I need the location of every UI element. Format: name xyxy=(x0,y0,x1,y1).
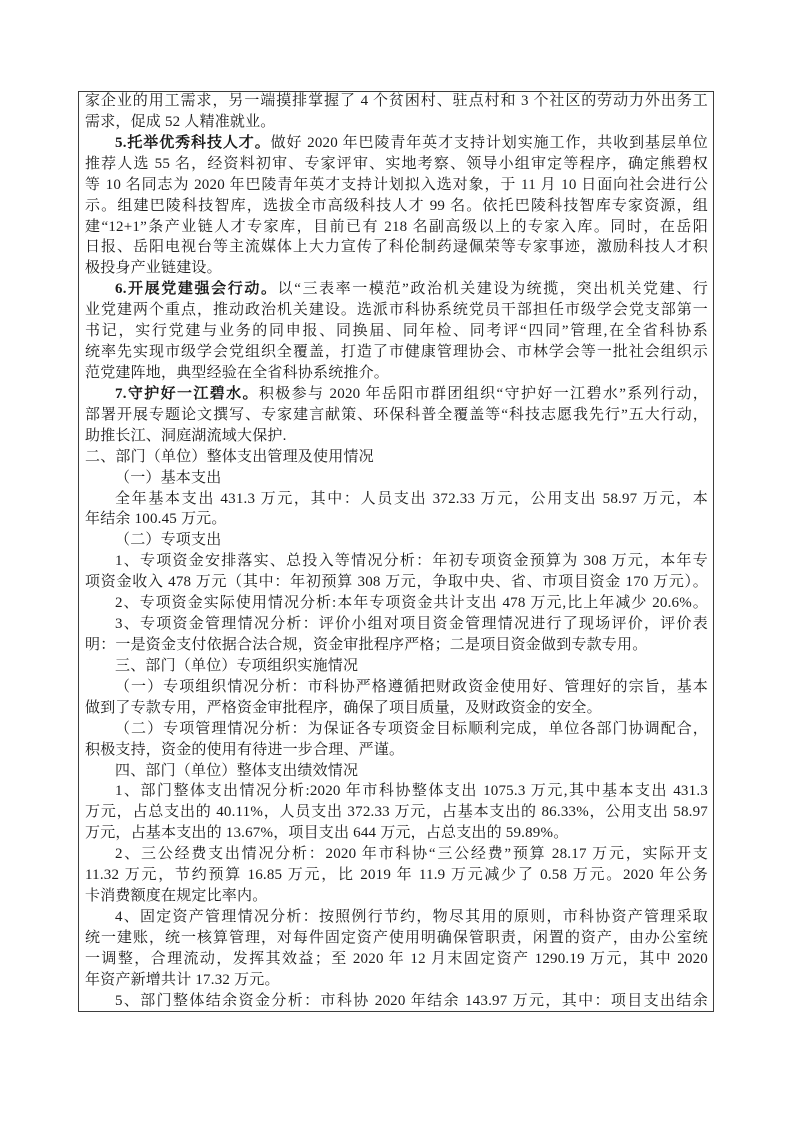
text-run: 11.32 万元，节约预算 16.85 万元，比 2019 年 11.9 万元减… xyxy=(85,867,708,883)
text-run: 做好 2020 年巴陵青年英才支持计划实施工作，共收到基层单位 xyxy=(271,135,708,151)
text-line: 日报、岳阳电视台等主流媒体上大力宣传了科伦制药逯佩荣等专家事迹，激励科技人才积 xyxy=(85,237,708,258)
text-run: 家企业的用工需求，另一端摸排掌握了 4 个贫困村、驻点村和 3 个社区的劳动力外… xyxy=(85,93,708,109)
text-line: 极投身产业链建设。 xyxy=(85,258,708,279)
text-run: 业党建两个重点，推动政治机关建设。选派市科协系统党员干部担任市级学会党支部第一 xyxy=(85,302,708,318)
text-line: 部署开展专题论文撰写、专家建言献策、环保科普全覆盖等“科技志愿我先行”五大行动， xyxy=(85,405,708,426)
text-run: 需求，促成 52 人精准就业。 xyxy=(85,114,276,130)
text-run: 全年基本支出 431.3 万元，其中：人员支出 372.33 万元，公用支出 5… xyxy=(115,491,708,507)
text-run: 推荐人选 55 名，经资料初审、专家评审、实地考察、领导小组审定等程序，确定熊碧… xyxy=(85,156,708,172)
text-run: 日报、岳阳电视台等主流媒体上大力宣传了科伦制药逯佩荣等专家事迹，激励科技人才积 xyxy=(85,239,708,255)
text-line: 2、专项资金实际使用情况分析:本年专项资金共计支出 478 万元,比上年减少 2… xyxy=(85,593,708,614)
text-line: 等 10 名同志为 2020 年巴陵青年英才支持计划拟入选对象，于 11 月 1… xyxy=(85,175,708,196)
text-run: 1、专项资金安排落实、总投入等情况分析：年初专项资金预算为 308 万元，本年专 xyxy=(115,553,708,569)
text-run: 二、部门（单位）整体支出管理及使用情况 xyxy=(85,449,374,465)
text-line: 万元，占基本支出的 13.67%，项目支出 644 万元，占总支出的 59.89… xyxy=(85,823,708,844)
text-run: 项资金收入 478 万元（其中：年初预算 308 万元，争取中央、省、市项目资金… xyxy=(85,574,708,590)
text-line: 需求，促成 52 人精准就业。 xyxy=(85,112,708,133)
text-line: 项资金收入 478 万元（其中：年初预算 308 万元，争取中央、省、市项目资金… xyxy=(85,572,708,593)
text-run: （二）专项支出 xyxy=(115,532,221,548)
text-line: 书记，实行党建与业务的同申报、同换届、同年检、同考评“四同”管理,在全省科协系 xyxy=(85,321,708,342)
text-run: 1、部门整体支出情况分析:2020 年市科协整体支出 1075.3 万元,其中基… xyxy=(115,783,708,799)
text-run: 万元，占基本支出的 13.67%，项目支出 644 万元，占总支出的 59.89… xyxy=(85,825,568,841)
text-line: 卡消费额度在规定比率内。 xyxy=(85,886,708,907)
text-run: 四、部门（单位）整体支出绩效情况 xyxy=(115,763,358,779)
text-run: 助推长江、洞庭湖流域大保护. xyxy=(85,428,287,444)
text-line: （二）专项支出 xyxy=(85,530,708,551)
text-run: 3、专项资金管理情况分析：评价小组对项目资金管理情况进行了现场评价，评价表 xyxy=(115,616,708,632)
text-line: 三、部门（单位）专项组织实施情况 xyxy=(85,656,708,677)
text-run: 等 10 名同志为 2020 年巴陵青年英才支持计划拟入选对象，于 11 月 1… xyxy=(85,177,708,193)
document-page: 家企业的用工需求，另一端摸排掌握了 4 个贫困村、驻点村和 3 个社区的劳动力外… xyxy=(0,0,793,1122)
text-run: （一）基本支出 xyxy=(115,470,221,486)
text-line: 四、部门（单位）整体支出绩效情况 xyxy=(85,761,708,782)
text-line: 一调整，合理流动，发挥其效益；至 2020 年 12 月末固定资产 1290.1… xyxy=(85,949,708,970)
text-run: 一调整，合理流动，发挥其效益；至 2020 年 12 月末固定资产 1290.1… xyxy=(85,951,708,967)
text-run: 卡消费额度在规定比率内。 xyxy=(85,888,267,904)
text-line: 明：一是资金支付依据合法合规，资金审批程序严格；二是项目资金做到专款专用。 xyxy=(85,635,708,656)
text-run: 做到了专款专用，严格资金审批程序，确保了项目质量，及财政资金的安全。 xyxy=(85,700,602,716)
text-run: 积极参与 2020 年岳阳市群团组织“守护好一江碧水”系列行动， xyxy=(259,386,708,402)
text-line: 做到了专款专用，严格资金审批程序，确保了项目质量，及财政资金的安全。 xyxy=(85,698,708,719)
text-run: （二）专项管理情况分析：为保证各专项资金目标顺利完成，单位各部门协调配合， xyxy=(115,721,708,737)
text-line: 年资产新增共计 17.32 万元。 xyxy=(85,970,708,991)
text-run: 建“12+1”条产业链人才专家库，目前已有 218 名副高级以上的专家入库。同时… xyxy=(85,219,708,235)
text-line: （一）专项组织情况分析：市科协严格遵循把财政资金使用好、管理好的宗旨，基本 xyxy=(85,677,708,698)
text-line: 11.32 万元，节约预算 16.85 万元，比 2019 年 11.9 万元减… xyxy=(85,865,708,886)
text-line: 积极支持，资金的使用有待进一步合理、严谨。 xyxy=(85,740,708,761)
text-line: 万元，占总支出的 40.11%，人员支出 372.33 万元，占基本支出的 86… xyxy=(85,802,708,823)
text-line: 推荐人选 55 名，经资料初审、专家评审、实地考察、领导小组审定等程序，确定熊碧… xyxy=(85,154,708,175)
text-run: 4、固定资产管理情况分析：按照例行节约，物尽其用的原则，市科协资产管理采取 xyxy=(115,909,708,925)
text-line: 建“12+1”条产业链人才专家库，目前已有 218 名副高级以上的专家入库。同时… xyxy=(85,217,708,238)
document-body: 家企业的用工需求，另一端摸排掌握了 4 个贫困村、驻点村和 3 个社区的劳动力外… xyxy=(85,91,708,1012)
text-line: 5、部门整体结余资金分析：市科协 2020 年结余 143.97 万元，其中：项… xyxy=(85,991,708,1012)
text-run: 年结余 100.45 万元。 xyxy=(85,511,227,527)
text-line: 6.开展党建强会行动。以“三表率一模范”政治机关建设为统揽，突出机关党建、行 xyxy=(85,279,708,300)
text-line: 范党建阵地，典型经验在全省科协系统推介。 xyxy=(85,363,708,384)
text-run: （一）专项组织情况分析：市科协严格遵循把财政资金使用好、管理好的宗旨，基本 xyxy=(115,679,708,695)
text-line: 2、三公经费支出情况分析：2020 年市科协“三公经费”预算 28.17 万元，… xyxy=(85,844,708,865)
text-line: 4、固定资产管理情况分析：按照例行节约，物尽其用的原则，市科协资产管理采取 xyxy=(85,907,708,928)
text-line: 统率先实现市级学会党组织全覆盖，打造了市健康管理协会、市林学会等一批社会组织示 xyxy=(85,342,708,363)
text-line: 二、部门（单位）整体支出管理及使用情况 xyxy=(85,447,708,468)
text-line: 业党建两个重点，推动政治机关建设。选派市科协系统党员干部担任市级学会党支部第一 xyxy=(85,300,708,321)
text-run: 以“三表率一模范”政治机关建设为统揽，突出机关党建、行 xyxy=(278,281,708,297)
document-frame: 家企业的用工需求，另一端摸排掌握了 4 个贫困村、驻点村和 3 个社区的劳动力外… xyxy=(78,91,714,1012)
text-run: 极投身产业链建设。 xyxy=(85,260,222,276)
text-run: 年资产新增共计 17.32 万元。 xyxy=(85,972,280,988)
text-line: 年结余 100.45 万元。 xyxy=(85,509,708,530)
text-run: 统率先实现市级学会党组织全覆盖，打造了市健康管理协会、市林学会等一批社会组织示 xyxy=(85,344,708,360)
bold-text-run: 7.守护好一江碧水。 xyxy=(115,386,259,402)
text-line: （二）专项管理情况分析：为保证各专项资金目标顺利完成，单位各部门协调配合， xyxy=(85,719,708,740)
text-line: 统一建账，统一核算管理，对每件固定资产使用明确保管职责，闲置的资产，由办公室统 xyxy=(85,928,708,949)
text-line: 5.托举优秀科技人才。做好 2020 年巴陵青年英才支持计划实施工作，共收到基层… xyxy=(85,133,708,154)
text-run: 示。组建巴陵科技智库，选拔全市高级科技人才 99 名。依托巴陵科技智库专家资源，… xyxy=(85,198,708,214)
text-run: 2、三公经费支出情况分析：2020 年市科协“三公经费”预算 28.17 万元，… xyxy=(115,846,708,862)
text-run: 明：一是资金支付依据合法合规，资金审批程序严格；二是项目资金做到专款专用。 xyxy=(85,637,647,653)
text-run: 三、部门（单位）专项组织实施情况 xyxy=(115,658,358,674)
text-run: 2、专项资金实际使用情况分析:本年专项资金共计支出 478 万元,比上年减少 2… xyxy=(115,595,708,611)
text-line: 3、专项资金管理情况分析：评价小组对项目资金管理情况进行了现场评价，评价表 xyxy=(85,614,708,635)
bold-text-run: 6.开展党建强会行动。 xyxy=(115,281,278,297)
text-run: 积极支持，资金的使用有待进一步合理、严谨。 xyxy=(85,742,404,758)
text-line: 示。组建巴陵科技智库，选拔全市高级科技人才 99 名。依托巴陵科技智库专家资源，… xyxy=(85,196,708,217)
text-run: 书记，实行党建与业务的同申报、同换届、同年检、同考评“四同”管理,在全省科协系 xyxy=(85,323,708,339)
text-line: 全年基本支出 431.3 万元，其中：人员支出 372.33 万元，公用支出 5… xyxy=(85,489,708,510)
text-line: 1、部门整体支出情况分析:2020 年市科协整体支出 1075.3 万元,其中基… xyxy=(85,781,708,802)
bold-text-run: 5.托举优秀科技人才。 xyxy=(115,135,271,151)
text-line: （一）基本支出 xyxy=(85,468,708,489)
text-run: 统一建账，统一核算管理，对每件固定资产使用明确保管职责，闲置的资产，由办公室统 xyxy=(85,930,708,946)
text-run: 万元，占总支出的 40.11%，人员支出 372.33 万元，占基本支出的 86… xyxy=(85,804,708,820)
text-line: 7.守护好一江碧水。积极参与 2020 年岳阳市群团组织“守护好一江碧水”系列行… xyxy=(85,384,708,405)
text-run: 范党建阵地，典型经验在全省科协系统推介。 xyxy=(85,365,389,381)
text-run: 5、部门整体结余资金分析：市科协 2020 年结余 143.97 万元，其中：项… xyxy=(115,993,708,1009)
text-line: 家企业的用工需求，另一端摸排掌握了 4 个贫困村、驻点村和 3 个社区的劳动力外… xyxy=(85,91,708,112)
text-line: 助推长江、洞庭湖流域大保护. xyxy=(85,426,708,447)
text-line: 1、专项资金安排落实、总投入等情况分析：年初专项资金预算为 308 万元，本年专 xyxy=(85,551,708,572)
text-run: 部署开展专题论文撰写、专家建言献策、环保科普全覆盖等“科技志愿我先行”五大行动， xyxy=(85,407,708,423)
